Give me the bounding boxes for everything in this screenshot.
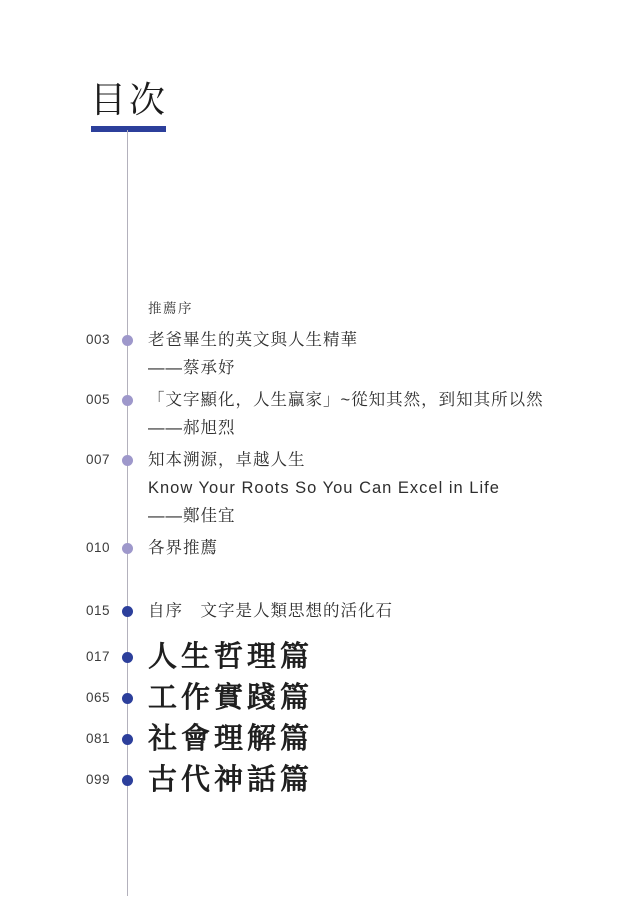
- bullet-column: [110, 386, 144, 414]
- entry-line: ——鄭佳宜: [148, 502, 500, 530]
- entry-bullet-dot: [122, 693, 133, 704]
- page-number: 099: [0, 763, 110, 797]
- entry-text: 人生哲理篇: [144, 640, 313, 674]
- entry-line: 各界推薦: [148, 534, 218, 562]
- entry-bullet-dot: [122, 335, 133, 346]
- entry-text: 各界推薦: [144, 534, 218, 562]
- entry-text: 工作實踐篇: [144, 681, 313, 715]
- toc-entry: 003老爸畢生的英文與人生精華——蔡承妤: [0, 326, 634, 382]
- bullet-column: [110, 681, 144, 715]
- page-number: 003: [0, 326, 110, 354]
- bullet-column: [110, 534, 144, 562]
- entry-text: 社會理解篇: [144, 722, 313, 756]
- entry-bullet-dot: [122, 395, 133, 406]
- toc-entry: 065工作實踐篇: [0, 681, 634, 715]
- entry-bullet-dot: [122, 543, 133, 554]
- page-number: 010: [0, 534, 110, 562]
- entry-line: 古代神話篇: [148, 763, 313, 797]
- bullet-column: [110, 722, 144, 756]
- title-underline-bar: [91, 126, 166, 132]
- toc-entry: 015自序 文字是人類思想的活化石: [0, 597, 634, 625]
- bullet-column: [110, 326, 144, 354]
- entry-bullet-dot: [122, 775, 133, 786]
- page-number: 005: [0, 386, 110, 414]
- entry-bullet-dot: [122, 455, 133, 466]
- entry-text: 知本溯源，卓越人生Know Your Roots So You Can Exce…: [144, 446, 500, 530]
- entry-text: 古代神話篇: [144, 763, 313, 797]
- entry-text: 老爸畢生的英文與人生精華——蔡承妤: [144, 326, 358, 382]
- bullet-column: [110, 640, 144, 674]
- toc-entry: 010各界推薦: [0, 534, 634, 562]
- toc-page: 目次 推薦序 003老爸畢生的英文與人生精華——蔡承妤005「文字顯化，人生贏家…: [0, 0, 634, 900]
- toc-entry: 099古代神話篇: [0, 763, 634, 797]
- page-number: 007: [0, 446, 110, 474]
- entry-line: 社會理解篇: [148, 722, 313, 756]
- entry-line: 「文字顯化，人生贏家」~從知其然，到知其所以然: [148, 386, 544, 414]
- bullet-column: [110, 763, 144, 797]
- entry-line: 知本溯源，卓越人生: [148, 446, 500, 474]
- toc-list: 003老爸畢生的英文與人生精華——蔡承妤005「文字顯化，人生贏家」~從知其然，…: [0, 326, 634, 797]
- toc-entry: 017人生哲理篇: [0, 640, 634, 674]
- entry-line: 人生哲理篇: [148, 640, 313, 674]
- page-number: 081: [0, 722, 110, 756]
- entry-bullet-dot: [122, 606, 133, 617]
- toc-entry: 007知本溯源，卓越人生Know Your Roots So You Can E…: [0, 446, 634, 530]
- page-title: 目次: [90, 82, 168, 118]
- entry-text: 自序 文字是人類思想的活化石: [144, 597, 393, 625]
- entry-line: 工作實踐篇: [148, 681, 313, 715]
- entry-line: 自序 文字是人類思想的活化石: [148, 597, 393, 625]
- page-number: 065: [0, 681, 110, 715]
- page-number: 015: [0, 597, 110, 625]
- entry-line: ——蔡承妤: [148, 354, 358, 382]
- bullet-column: [110, 446, 144, 474]
- entry-bullet-dot: [122, 652, 133, 663]
- entry-bullet-dot: [122, 734, 133, 745]
- toc-entry: 005「文字顯化，人生贏家」~從知其然，到知其所以然——郝旭烈: [0, 386, 634, 442]
- entry-line: Know Your Roots So You Can Excel in Life: [148, 474, 500, 502]
- bullet-column: [110, 597, 144, 625]
- toc-entry: 081社會理解篇: [0, 722, 634, 756]
- entry-line: 老爸畢生的英文與人生精華: [148, 326, 358, 354]
- section-label: 推薦序: [148, 297, 193, 317]
- page-number: 017: [0, 640, 110, 674]
- entry-line: ——郝旭烈: [148, 414, 544, 442]
- entry-text: 「文字顯化，人生贏家」~從知其然，到知其所以然——郝旭烈: [144, 386, 544, 442]
